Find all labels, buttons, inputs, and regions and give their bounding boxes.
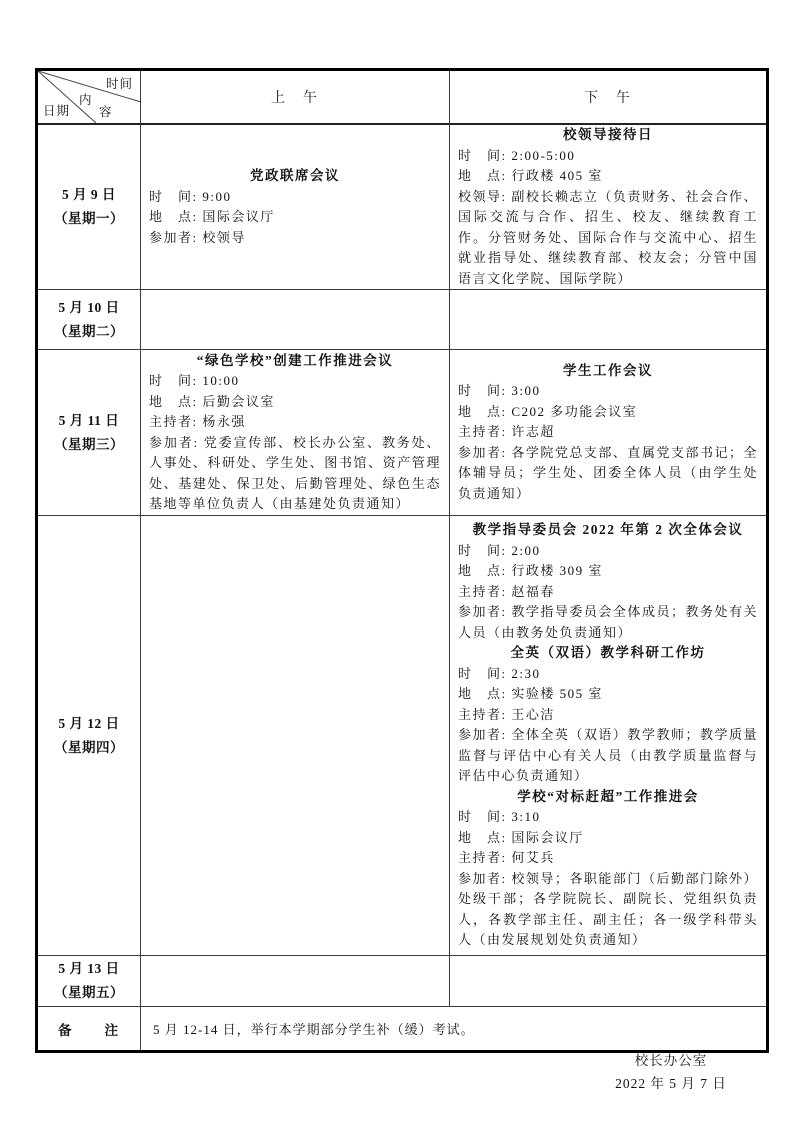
date-label: 5 月 10 日 xyxy=(58,296,119,320)
column-header-am: 上 午 xyxy=(141,71,450,125)
meeting-line: 时 间: 2:00-5:00 xyxy=(458,146,758,167)
meeting-title: “绿色学校”创建工作推进会议 xyxy=(149,351,441,372)
meeting-line: 时 间: 2:30 xyxy=(458,664,758,685)
meeting-line: 时 间: 3:00 xyxy=(458,381,758,402)
meeting-line: 地 点: 行政楼 309 室 xyxy=(458,561,758,582)
cell-may13-am xyxy=(141,956,450,1007)
column-header-pm: 下 午 xyxy=(450,71,766,125)
meeting-line: 时 间: 2:00 xyxy=(458,541,758,562)
date-label: 5 月 13 日 xyxy=(58,957,119,981)
cell-may9-am: 党政联席会议 时 间: 9:00 地 点: 国际会议厅 参加者: 校领导 xyxy=(141,125,450,290)
meeting-title: 教学指导委员会 2022 年第 2 次全体会议 xyxy=(458,520,758,541)
signature-date: 2022 年 5 月 7 日 xyxy=(598,1072,744,1095)
weekday-label: （星期三） xyxy=(54,433,124,457)
meeting-block: 学校“对标赶超”工作推进会 时 间: 3:10 地 点: 国际会议厅 主持者: … xyxy=(458,787,758,951)
cell-may11-am: “绿色学校”创建工作推进会议 时 间: 10:00 地 点: 后勤会议室 主持者… xyxy=(141,350,450,516)
meeting-title: 党政联席会议 xyxy=(149,166,441,187)
meeting-block: 校领导接待日 时 间: 2:00-5:00 地 点: 行政楼 405 室 校领导… xyxy=(458,125,758,289)
meeting-line: 时 间: 9:00 xyxy=(149,187,441,208)
meeting-line: 参加者: 校领导；各职能部门（后勤部门除外）处级干部；各学院院长、副院长、党组织… xyxy=(458,869,758,951)
date-cell-may10: 5 月 10 日 （星期二） xyxy=(38,290,141,350)
weekday-label: （星期一） xyxy=(54,207,124,231)
signature-office: 校长办公室 xyxy=(598,1049,744,1072)
meeting-line: 参加者: 校领导 xyxy=(149,228,441,249)
cell-may13-pm xyxy=(450,956,766,1007)
date-label: 5 月 11 日 xyxy=(59,409,120,433)
date-cell-may13: 5 月 13 日 （星期五） xyxy=(38,956,141,1007)
meeting-title: 学生工作会议 xyxy=(458,361,758,382)
weekday-label: （星期二） xyxy=(54,320,124,344)
meeting-line: 时 间: 10:00 xyxy=(149,371,441,392)
corner-label-date: 日期 xyxy=(43,101,70,119)
meeting-line: 参加者: 教学指导委员会全体成员；教务处有关人员（由教务处负责通知） xyxy=(458,602,758,643)
cell-may10-am xyxy=(141,290,450,350)
meeting-title: 校领导接待日 xyxy=(458,125,758,146)
cell-may12-am xyxy=(141,516,450,956)
meeting-block: 教学指导委员会 2022 年第 2 次全体会议 时 间: 2:00 地 点: 行… xyxy=(458,520,758,643)
document-page: 时间 内 日期 容 上 午 下 午 5 月 9 日 （星期一） 党政联席会议 时… xyxy=(0,0,799,1131)
date-label: 5 月 12 日 xyxy=(58,712,119,736)
meeting-line: 地 点: 行政楼 405 室 xyxy=(458,166,758,187)
meeting-line: 地 点: 国际会议厅 xyxy=(458,828,758,849)
date-cell-may11: 5 月 11 日 （星期三） xyxy=(38,350,141,516)
date-label: 5 月 9 日 xyxy=(62,183,116,207)
meeting-block: “绿色学校”创建工作推进会议 时 间: 10:00 地 点: 后勤会议室 主持者… xyxy=(149,351,441,515)
corner-label-time: 时间 xyxy=(106,74,133,92)
cell-may11-pm: 学生工作会议 时 间: 3:00 地 点: C202 多功能会议室 主持者: 许… xyxy=(450,350,766,516)
meeting-block: 党政联席会议 时 间: 9:00 地 点: 国际会议厅 参加者: 校领导 xyxy=(149,166,441,248)
meeting-line: 地 点: 实验楼 505 室 xyxy=(458,684,758,705)
schedule-table: 时间 内 日期 容 上 午 下 午 5 月 9 日 （星期一） 党政联席会议 时… xyxy=(35,68,769,1053)
meeting-line: 地 点: 后勤会议室 xyxy=(149,392,441,413)
meeting-title: 学校“对标赶超”工作推进会 xyxy=(458,787,758,808)
meeting-line: 主持者: 王心洁 xyxy=(458,705,758,726)
cell-may10-pm xyxy=(450,290,766,350)
meeting-line: 主持者: 许志超 xyxy=(458,422,758,443)
corner-header-cell: 时间 内 日期 容 xyxy=(38,71,141,125)
weekday-label: （星期四） xyxy=(54,736,124,760)
signature-block: 校长办公室 2022 年 5 月 7 日 xyxy=(598,1049,744,1095)
meeting-line: 参加者: 党委宣传部、校长办公室、教务处、人事处、科研处、学生处、图书馆、资产管… xyxy=(149,433,441,515)
meeting-line: 地 点: 国际会议厅 xyxy=(149,207,441,228)
date-cell-may12: 5 月 12 日 （星期四） xyxy=(38,516,141,956)
remark-text-cell: 5 月 12-14 日，举行本学期部分学生补（缓）考试。 xyxy=(141,1007,766,1050)
date-cell-may9: 5 月 9 日 （星期一） xyxy=(38,125,141,290)
corner-label-content-bottom: 容 xyxy=(99,102,113,120)
meeting-line: 时 间: 3:10 xyxy=(458,807,758,828)
meeting-line: 校领导: 副校长赖志立（负责财务、社会合作、国际交流与合作、招生、校友、继续教育… xyxy=(458,187,758,290)
meeting-line: 主持者: 赵福春 xyxy=(458,582,758,603)
meeting-line: 主持者: 杨永强 xyxy=(149,412,441,433)
cell-may12-pm: 教学指导委员会 2022 年第 2 次全体会议 时 间: 2:00 地 点: 行… xyxy=(450,516,766,956)
meeting-line: 参加者: 全体全英（双语）教学教师；教学质量监督与评估中心有关人员（由教学质量监… xyxy=(458,725,758,787)
meeting-block: 全英（双语）教学科研工作坊 时 间: 2:30 地 点: 实验楼 505 室 主… xyxy=(458,643,758,787)
meeting-line: 主持者: 何艾兵 xyxy=(458,848,758,869)
meeting-title: 全英（双语）教学科研工作坊 xyxy=(458,643,758,664)
meeting-line: 参加者: 各学院党总支部、直属党支部书记；全体辅导员；学生处、团委全体人员（由学… xyxy=(458,443,758,505)
weekday-label: （星期五） xyxy=(54,981,124,1005)
remark-label-cell: 备 注 xyxy=(38,1007,141,1050)
cell-may9-pm: 校领导接待日 时 间: 2:00-5:00 地 点: 行政楼 405 室 校领导… xyxy=(450,125,766,290)
corner-label-content-top: 内 xyxy=(79,90,93,108)
meeting-block: 学生工作会议 时 间: 3:00 地 点: C202 多功能会议室 主持者: 许… xyxy=(458,361,758,505)
meeting-line: 地 点: C202 多功能会议室 xyxy=(458,402,758,423)
